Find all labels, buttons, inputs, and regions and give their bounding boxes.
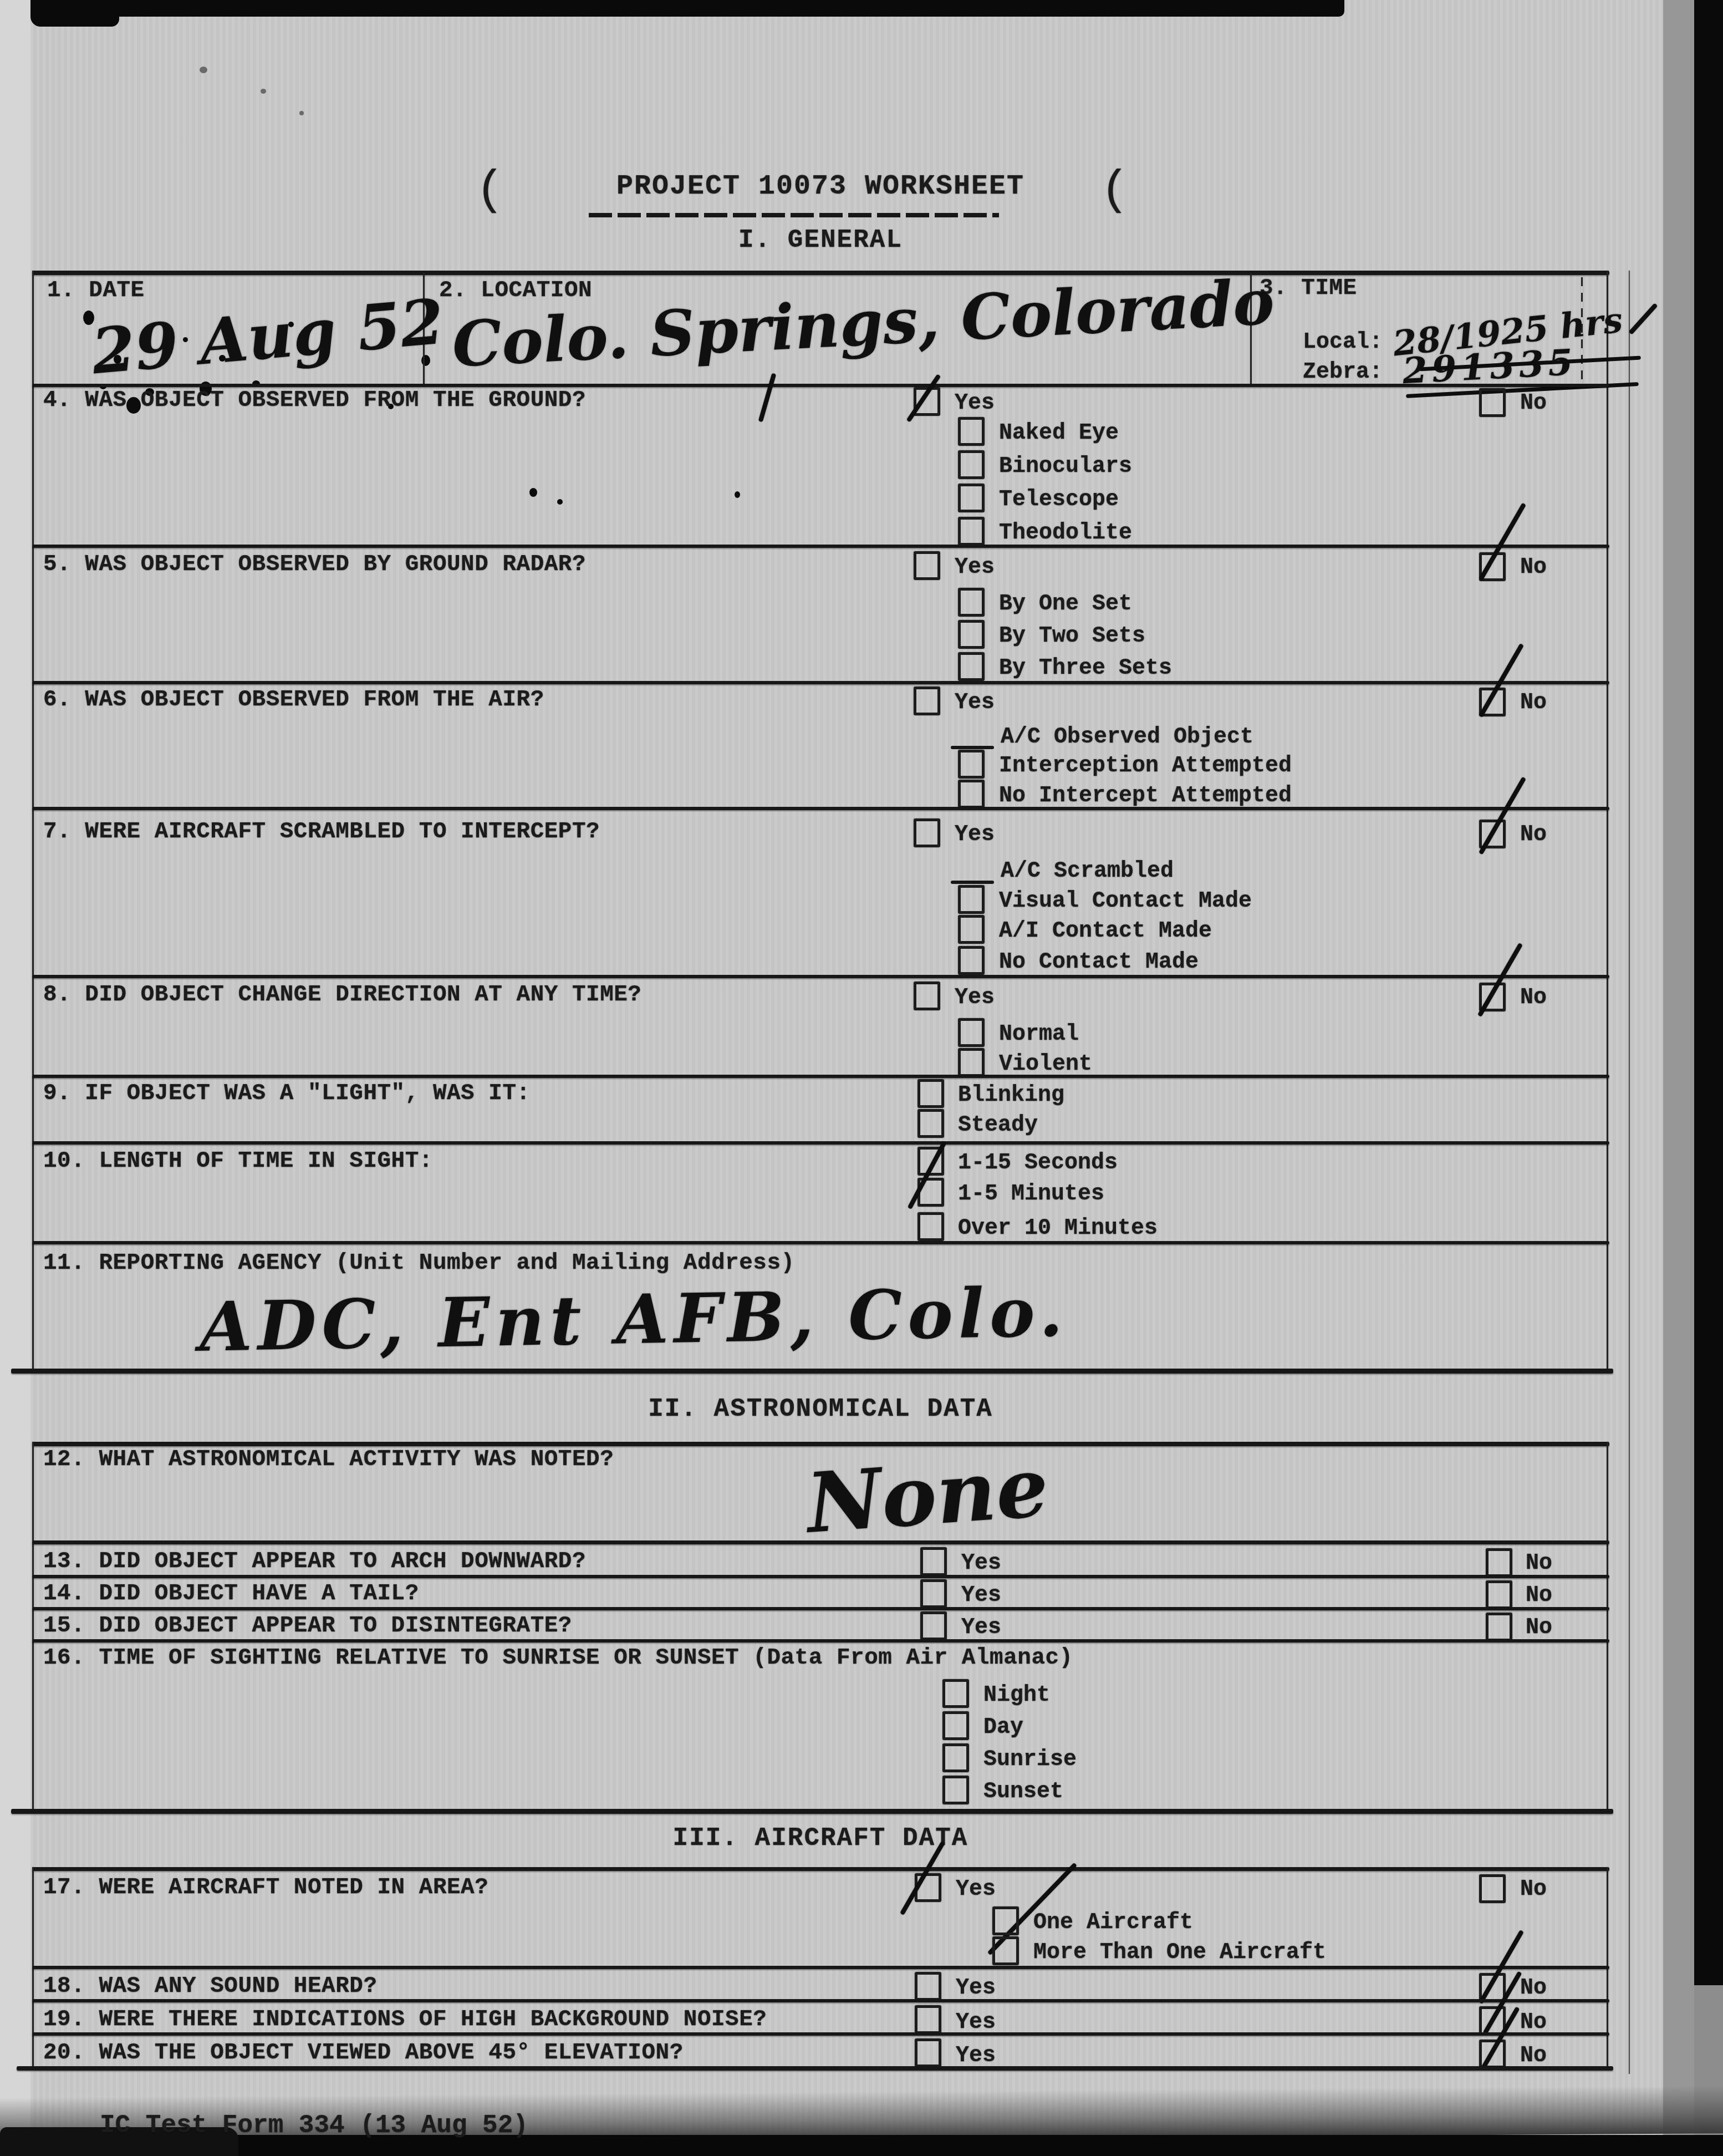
q4-sub-label: Naked Eye: [999, 423, 1119, 445]
row-rule: [32, 1241, 1609, 1244]
ink-speckle: [735, 491, 740, 498]
question-14-label: 14. DID OBJECT HAVE A TAIL?: [43, 1583, 419, 1605]
q4-sub-label: Telescope: [999, 489, 1119, 511]
stray-pen-mark: [758, 373, 776, 423]
q8-sub-checkbox: [958, 1048, 985, 1077]
question-15-label: 15. DID OBJECT APPEAR TO DISINTEGRATE?: [43, 1615, 572, 1638]
question-19-label: 19. WERE THERE INDICATIONS OF HIGH BACKG…: [43, 2008, 767, 2031]
q7-sub-blank-line: [951, 881, 994, 884]
question-12-label: 12. WHAT ASTRONOMICAL ACTIVITY WAS NOTED…: [43, 1448, 614, 1471]
q5-sub-checkbox: [958, 620, 985, 649]
question-7-label: 7. WERE AIRCRAFT SCRAMBLED TO INTERCEPT?: [43, 821, 600, 843]
q7-sub-label: A/C Scrambled: [1001, 861, 1174, 883]
question-18-label: 18. WAS ANY SOUND HEARD?: [43, 1975, 378, 1998]
scan-right-gray-band: [1663, 0, 1697, 2156]
q18-yes-checkbox: [915, 1972, 941, 2001]
q5-sub-checkbox: [958, 588, 985, 617]
q14-yes-checkbox: [920, 1579, 947, 1608]
row-rule: [32, 545, 1609, 548]
q6-yes-label: Yes: [955, 692, 995, 714]
section-heading-astronomical: II. ASTRONOMICAL DATA: [33, 1396, 1608, 1422]
row-rule: [32, 975, 1609, 978]
q17-sub-checkbox: [992, 1936, 1019, 1965]
question-5-label: 5. WAS OBJECT OBSERVED BY GROUND RADAR?: [43, 553, 586, 576]
q16-sub-label: Sunrise: [983, 1749, 1077, 1771]
q6-sub-label: No Intercept Attempted: [999, 785, 1292, 807]
q16-sub-checkbox: [942, 1743, 969, 1772]
q18-no-label: No: [1520, 1977, 1547, 2000]
q13-no-label: No: [1526, 1553, 1552, 1575]
q13-yes-checkbox: [920, 1547, 947, 1576]
q20-yes-checkbox: [915, 2038, 941, 2067]
table-rule: [32, 1867, 1609, 1871]
q19-no-label: No: [1520, 2012, 1547, 2034]
q5-sub-label: By Two Sets: [999, 626, 1145, 648]
question-11-label: 11. REPORTING AGENCY (Unit Number and Ma…: [43, 1252, 795, 1275]
q17-yes-label: Yes: [956, 1879, 996, 1901]
q9-option-label: Blinking: [958, 1085, 1064, 1107]
q20-no-label: No: [1520, 2045, 1547, 2067]
location-field-label: 2. LOCATION: [439, 279, 592, 302]
q5-yes-label: Yes: [955, 557, 995, 579]
q5-no-label: No: [1520, 557, 1547, 579]
q8-yes-label: Yes: [955, 987, 995, 1009]
question-6-label: 6. WAS OBJECT OBSERVED FROM THE AIR?: [43, 689, 544, 711]
q17-no-checkbox: [1479, 1874, 1506, 1903]
section-heading-general: I. GENERAL: [33, 227, 1608, 253]
row-rule: [32, 1075, 1609, 1078]
q7-sub-label: A/I Contact Made: [999, 921, 1212, 943]
q7-yes-checkbox: [914, 818, 940, 847]
table-border-right: [1607, 271, 1608, 1372]
q14-yes-label: Yes: [961, 1585, 1001, 1607]
table-rule: [32, 271, 1609, 275]
row-rule: [32, 1966, 1609, 1969]
q8-sub-label: Violent: [999, 1054, 1092, 1076]
q4-sub-label: Theodolite: [999, 522, 1132, 545]
q7-sub-label: Visual Contact Made: [999, 891, 1252, 913]
scan-right-black-band: [1694, 0, 1723, 1985]
q4-sub-checkbox: [958, 517, 985, 546]
q6-yes-checkbox: [914, 687, 940, 715]
q6-no-label: No: [1520, 692, 1547, 714]
question-16-label: 16. TIME OF SIGHTING RELATIVE TO SUNRISE…: [43, 1647, 1073, 1670]
question-10-label: 10. LENGTH OF TIME IN SIGHT:: [43, 1150, 433, 1173]
ink-speckle: [529, 488, 537, 497]
row-rule: [32, 1639, 1609, 1643]
ink-speckle: [299, 111, 304, 115]
table-rule: [32, 1442, 1609, 1446]
table-border-left: [32, 271, 34, 1372]
date-field-label: 1. DATE: [47, 279, 145, 302]
q7-yes-label: Yes: [955, 824, 995, 846]
q16-sub-checkbox: [942, 1776, 969, 1804]
q4-no-label: No: [1520, 393, 1547, 415]
q13-no-checkbox: [1486, 1548, 1512, 1577]
q4-sub-checkbox: [958, 417, 985, 446]
q6-sub-checkbox: [958, 750, 985, 779]
scan-vertical-streak: [1629, 271, 1630, 2074]
question-20-label: 20. WAS THE OBJECT VIEWED ABOVE 45° ELEV…: [43, 2042, 684, 2065]
q5-yes-checkbox: [914, 551, 940, 580]
q20-yes-label: Yes: [956, 2045, 996, 2067]
q15-no-checkbox: [1486, 1613, 1512, 1641]
q9-option-checkbox: [917, 1109, 944, 1138]
q15-no-label: No: [1526, 1617, 1552, 1639]
q8-sub-checkbox: [958, 1018, 985, 1047]
q7-sub-checkbox: [958, 946, 985, 975]
pen-flourish: [1629, 303, 1658, 334]
q6-sub-blank-line: [951, 746, 994, 749]
q4-yes-label: Yes: [955, 393, 995, 415]
row-rule: [32, 1999, 1609, 2002]
q19-yes-checkbox: [915, 2005, 941, 2034]
q16-sub-label: Day: [983, 1717, 1023, 1739]
scan-left-edge: [0, 0, 30, 2156]
form-number-footer: IC Test Form 334 (13 Aug 52): [100, 2113, 528, 2138]
scan-top-left-blob: [30, 0, 119, 27]
row-rule: [32, 1575, 1609, 1578]
q17-sub-label: One Aircraft: [1033, 1912, 1193, 1934]
table-rule: [17, 2066, 1613, 2071]
scanned-worksheet-page: ( ( PROJECT 10073 WORKSHEET I. GENERAL 1…: [0, 0, 1723, 2156]
q5-sub-label: By One Set: [999, 593, 1132, 616]
q5-sub-checkbox: [958, 652, 985, 681]
q7-sub-checkbox: [958, 915, 985, 944]
ink-speckle: [261, 89, 266, 94]
q16-sub-checkbox: [942, 1711, 969, 1740]
q10-option-label: 1-5 Minutes: [958, 1183, 1104, 1206]
question-4-label: 4. WAS OBJECT OBSERVED FROM THE GROUND?: [43, 389, 586, 412]
q12-handwritten-value: None: [804, 1446, 1051, 1544]
q10-option-label: Over 10 Minutes: [958, 1218, 1158, 1240]
q6-sub-label: Interception Attempted: [999, 755, 1292, 777]
row-rule: [32, 2032, 1609, 2036]
q7-no-label: No: [1520, 824, 1547, 846]
q13-yes-label: Yes: [961, 1553, 1001, 1575]
table-border-left: [32, 1442, 34, 1809]
section-rule: [11, 1369, 1613, 1374]
table-border-right: [1607, 1442, 1608, 1809]
title-underline: [589, 213, 999, 217]
row-rule: [32, 1141, 1609, 1145]
q4-no-checkbox: [1479, 388, 1506, 417]
q8-sub-label: Normal: [999, 1024, 1079, 1046]
row-rule: [32, 1607, 1609, 1610]
q16-sub-label: Night: [983, 1685, 1050, 1707]
q15-yes-label: Yes: [961, 1617, 1001, 1639]
q9-option-label: Steady: [958, 1115, 1038, 1137]
q11-handwritten-value: ADC, Ent AFB, Colo.: [199, 1278, 1069, 1360]
section-heading-aircraft: III. AIRCRAFT DATA: [33, 1826, 1608, 1851]
q10-option-label: 1-15 Seconds: [958, 1152, 1118, 1174]
q7-sub-label: No Contact Made: [999, 952, 1199, 974]
q4-sub-checkbox: [958, 450, 985, 479]
scan-top-edge: [30, 0, 1344, 17]
time-local-label: Local:: [1303, 332, 1383, 354]
q4-sub-checkbox: [958, 484, 985, 512]
q8-no-label: No: [1520, 987, 1547, 1009]
q14-no-checkbox: [1486, 1580, 1512, 1609]
question-9-label: 9. IF OBJECT WAS A "LIGHT", WAS IT:: [43, 1082, 531, 1105]
q15-yes-checkbox: [920, 1611, 947, 1640]
ink-speckle: [200, 67, 207, 73]
q7-sub-checkbox: [958, 885, 985, 914]
q19-yes-label: Yes: [956, 2012, 996, 2034]
q8-yes-checkbox: [914, 982, 940, 1010]
date-handwritten-value: 29 Aug 52: [89, 291, 446, 383]
q14-no-label: No: [1526, 1585, 1552, 1607]
q6-sub-checkbox: [958, 780, 985, 808]
q4-sub-label: Binoculars: [999, 456, 1132, 478]
q6-sub-label: A/C Observed Object: [1001, 726, 1253, 749]
q16-sub-label: Sunset: [983, 1781, 1063, 1803]
q17-sub-checkbox: [992, 1906, 1019, 1935]
q9-option-checkbox: [917, 1079, 944, 1108]
ink-speckle: [557, 499, 563, 505]
row-rule: [32, 681, 1609, 684]
q10-option-checkbox: [917, 1212, 944, 1241]
question-13-label: 13. DID OBJECT APPEAR TO ARCH DOWNWARD?: [43, 1550, 586, 1573]
row-rule: [32, 807, 1609, 810]
row-rule: [32, 384, 1609, 387]
form-title: PROJECT 10073 WORKSHEET: [33, 173, 1608, 201]
q18-yes-label: Yes: [956, 1977, 996, 2000]
q16-sub-checkbox: [942, 1679, 969, 1708]
question-8-label: 8. DID OBJECT CHANGE DIRECTION AT ANY TI…: [43, 984, 641, 1006]
time-zebra-label: Zebra:: [1303, 362, 1383, 384]
q17-no-label: No: [1520, 1879, 1547, 1901]
time-field-label: 3. TIME: [1260, 277, 1357, 300]
q17-sub-label: More Than One Aircraft: [1033, 1942, 1326, 1964]
q5-sub-label: By Three Sets: [999, 658, 1172, 680]
question-17-label: 17. WERE AIRCRAFT NOTED IN AREA?: [43, 1877, 488, 1899]
section-rule: [11, 1809, 1613, 1814]
row-rule: [32, 1540, 1609, 1544]
